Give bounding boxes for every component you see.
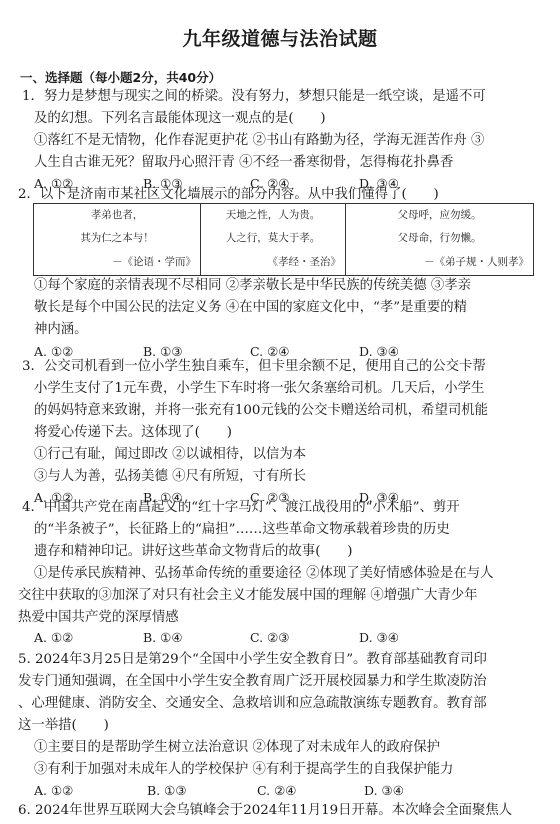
- q2-line-3: 敬长是每个中国公民的法定义务 ④在中国的家庭文化中，“孝”是重要的精: [34, 297, 467, 319]
- table-cell-lunyu: 孝弟也者， 其为仁之本与！ －《论语・学而》: [34, 204, 201, 276]
- q3-line-2: 小学生支付了1元车费，小学生下车时将一张欠条塞给司机。几天后，小学生: [34, 378, 484, 400]
- q4-line-5: 交往中获取的③加深了对只有社会主义才能发展中国的理解 ④增强广大青少年: [18, 585, 478, 607]
- q5-line-3: 、心理健康、消防安全、交通安全、急救培训和应急疏散演练专题教育。教育部: [18, 693, 487, 715]
- quote-line: 父母呼，应勿缓。: [346, 204, 533, 227]
- q5-option-d: D. ③④: [364, 781, 404, 801]
- quote-source: －《弟子规・人则孝》: [346, 250, 533, 273]
- q5-line-1: 5. 2024年3月25日是第29个“全国中小学生安全教育日”。教育部基础教育司…: [18, 649, 487, 671]
- q5-line-2: 发专门通知强调，在全国中小学生安全教育周广泛开展校园暴力和学生欺凌防治: [18, 671, 487, 693]
- q2-line-2: ①每个家庭的亲情表现不尽相同 ②孝亲敬长是中华民族的传统美德 ③孝亲: [34, 275, 471, 297]
- q4-line-3: 遗存和精神印记。讲好这些革命文物背后的故事( ): [34, 541, 352, 563]
- q5-line-5: ①主要目的是帮助学生树立法治意识 ②体现了对未成年人的政府保护: [34, 737, 440, 759]
- q1-line-2: 及的幻想。下列名言最能体现这一观点的是( ): [34, 108, 326, 130]
- q4-line-6: 热爱中国共产党的深厚情感: [18, 607, 179, 629]
- quote-line: 人之行，莫大于孝。: [201, 227, 345, 250]
- q5-option-c: C. ②④: [257, 781, 296, 801]
- culture-wall-table: 孝弟也者， 其为仁之本与！ －《论语・学而》 天地之性，人为贵。 人之行，莫大于…: [33, 203, 534, 276]
- q6-line-1: 6. 2024年世界互联网大会乌镇峰会于2024年11月19日开幕。本次峰会全面…: [18, 800, 512, 822]
- exam-page: 九年级道德与法治试题 一、选择题（每小题2分，共40分） 1．努力是梦想与现实之…: [0, 0, 560, 824]
- q4-option-b: B. ①④: [143, 628, 183, 648]
- quote-source: 《孝经・圣治》: [201, 250, 345, 273]
- q3-line-3: 的妈妈特意来致谢，并将一张充有100元钱的公交卡赠送给司机，希望司机能: [34, 400, 488, 422]
- q1-line-1: 1．努力是梦想与现实之间的桥梁。没有努力，梦想只能是一纸空谈，是遥不可: [22, 86, 486, 108]
- q1-line-3: ①落红不是无情物，化作春泥更护花 ②书山有路勤为径，学海无涯苦作舟 ③: [34, 130, 484, 152]
- q5-option-b: B. ①③: [147, 781, 187, 801]
- page-title: 九年级道德与法治试题: [0, 24, 560, 51]
- q3-line-1: 3．公交司机看到一位小学生独自乘车，但卡里余额不足，便用自己的公交卡帮: [22, 356, 486, 378]
- quote-line: 孝弟也者，: [34, 204, 200, 227]
- q4-option-d: D. ③④: [359, 628, 399, 648]
- q5-option-a: A. ①②: [34, 781, 73, 801]
- q5-line-4: 这一举措( ): [18, 715, 109, 737]
- q4-line-4: ①是传承民族精神、弘扬革命传统的重要途径 ②体现了美好情感体验是在与人: [34, 563, 494, 585]
- q4-line-2: 的“半条被子”，长征路上的“扁担”……这些革命文物承载着珍贵的历史: [34, 519, 450, 541]
- table-cell-xiaojing: 天地之性，人为贵。 人之行，莫大于孝。 《孝经・圣治》: [201, 204, 346, 276]
- q5-line-6: ③有利于加强对未成年人的学校保护 ④有利于提高学生的自我保护能力: [34, 759, 453, 781]
- q3-line-6: ③与人为善，弘扬美德 ④尺有所短，寸有所长: [34, 466, 306, 488]
- q3-line-4: 将爱心传递下去。这体现了( ): [34, 422, 232, 444]
- q4-line-1: 4．中国共产党在南昌起义的“红十字马灯”、渡江战役用的“小木船”、剪开: [22, 497, 460, 519]
- quote-source: －《论语・学而》: [34, 250, 200, 273]
- quote-line: 天地之性，人为贵。: [201, 204, 345, 227]
- table-cell-dizigui: 父母呼，应勿缓。 父母命，行勿懒。 －《弟子规・人则孝》: [346, 204, 534, 276]
- q1-line-4: 人生自古谁无死？留取丹心照汗青 ④不经一番寒彻骨，怎得梅花扑鼻香: [34, 152, 453, 174]
- quote-line: 父母命，行勿懒。: [346, 227, 533, 250]
- q3-line-5: ①行己有耻，闻过即改 ②以诚相待，以信为本: [34, 444, 306, 466]
- q4-option-c: C. ②③: [250, 628, 289, 648]
- q4-option-a: A. ①②: [34, 628, 73, 648]
- quote-line: 其为仁之本与！: [34, 227, 200, 250]
- q2-line-4: 神内涵。: [34, 319, 88, 341]
